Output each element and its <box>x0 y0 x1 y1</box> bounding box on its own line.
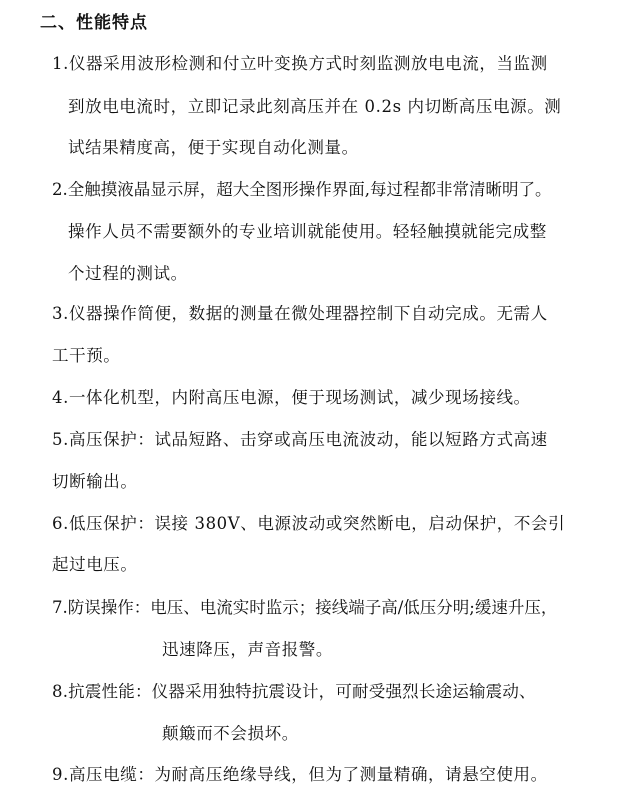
feature-line: 工干预。 <box>52 342 120 366</box>
section-heading: 二、性能特点 <box>40 8 148 33</box>
feature-line: 8.抗震性能：仪器采用独特抗震设计，可耐受强烈长途运输震动、 <box>52 678 536 702</box>
feature-line: 试结果精度高，便于实现自动化测量。 <box>68 134 359 158</box>
feature-line: 2.全触摸液晶显示屏，超大全图形操作界面,每过程都非常清晰明了。 <box>52 176 552 200</box>
feature-line: 4.一体化机型，内附高压电源，便于现场测试，减少现场接线。 <box>52 384 531 408</box>
feature-line: 7.防误操作：电压、电流实时监示；接线端子高/低压分明;缓速升压， <box>52 594 557 618</box>
feature-line: 切断输出。 <box>52 468 138 492</box>
feature-line: 操作人员不需要额外的专业培训就能使用。轻轻触摸就能完成整 <box>68 218 547 242</box>
feature-line: 6.低压保护：误接 380V、电源波动或突然断电，启动保护，不会引 <box>52 510 565 534</box>
feature-line: 9.高压电缆：为耐高压绝缘导线，但为了测量精确，请悬空使用。 <box>52 761 548 785</box>
feature-line: 迅速降压，声音报警。 <box>162 636 333 660</box>
feature-line: 到放电电流时，立即记录此刻高压并在 0.2s 内切断高压电源。测 <box>68 93 561 117</box>
feature-line: 5.高压保护：试品短路、击穿或高压电流波动，能以短路方式高速 <box>52 426 548 450</box>
feature-line: 3.仪器操作简便，数据的测量在微处理器控制下自动完成。无需人 <box>52 300 548 324</box>
feature-line: 起过电压。 <box>52 551 138 575</box>
feature-line: 颠簸而不会损坏。 <box>162 720 299 744</box>
feature-line: 个过程的测试。 <box>68 260 188 284</box>
feature-line: 1.仪器采用波形检测和付立叶变换方式时刻监测放电电流，当监测 <box>52 50 548 74</box>
